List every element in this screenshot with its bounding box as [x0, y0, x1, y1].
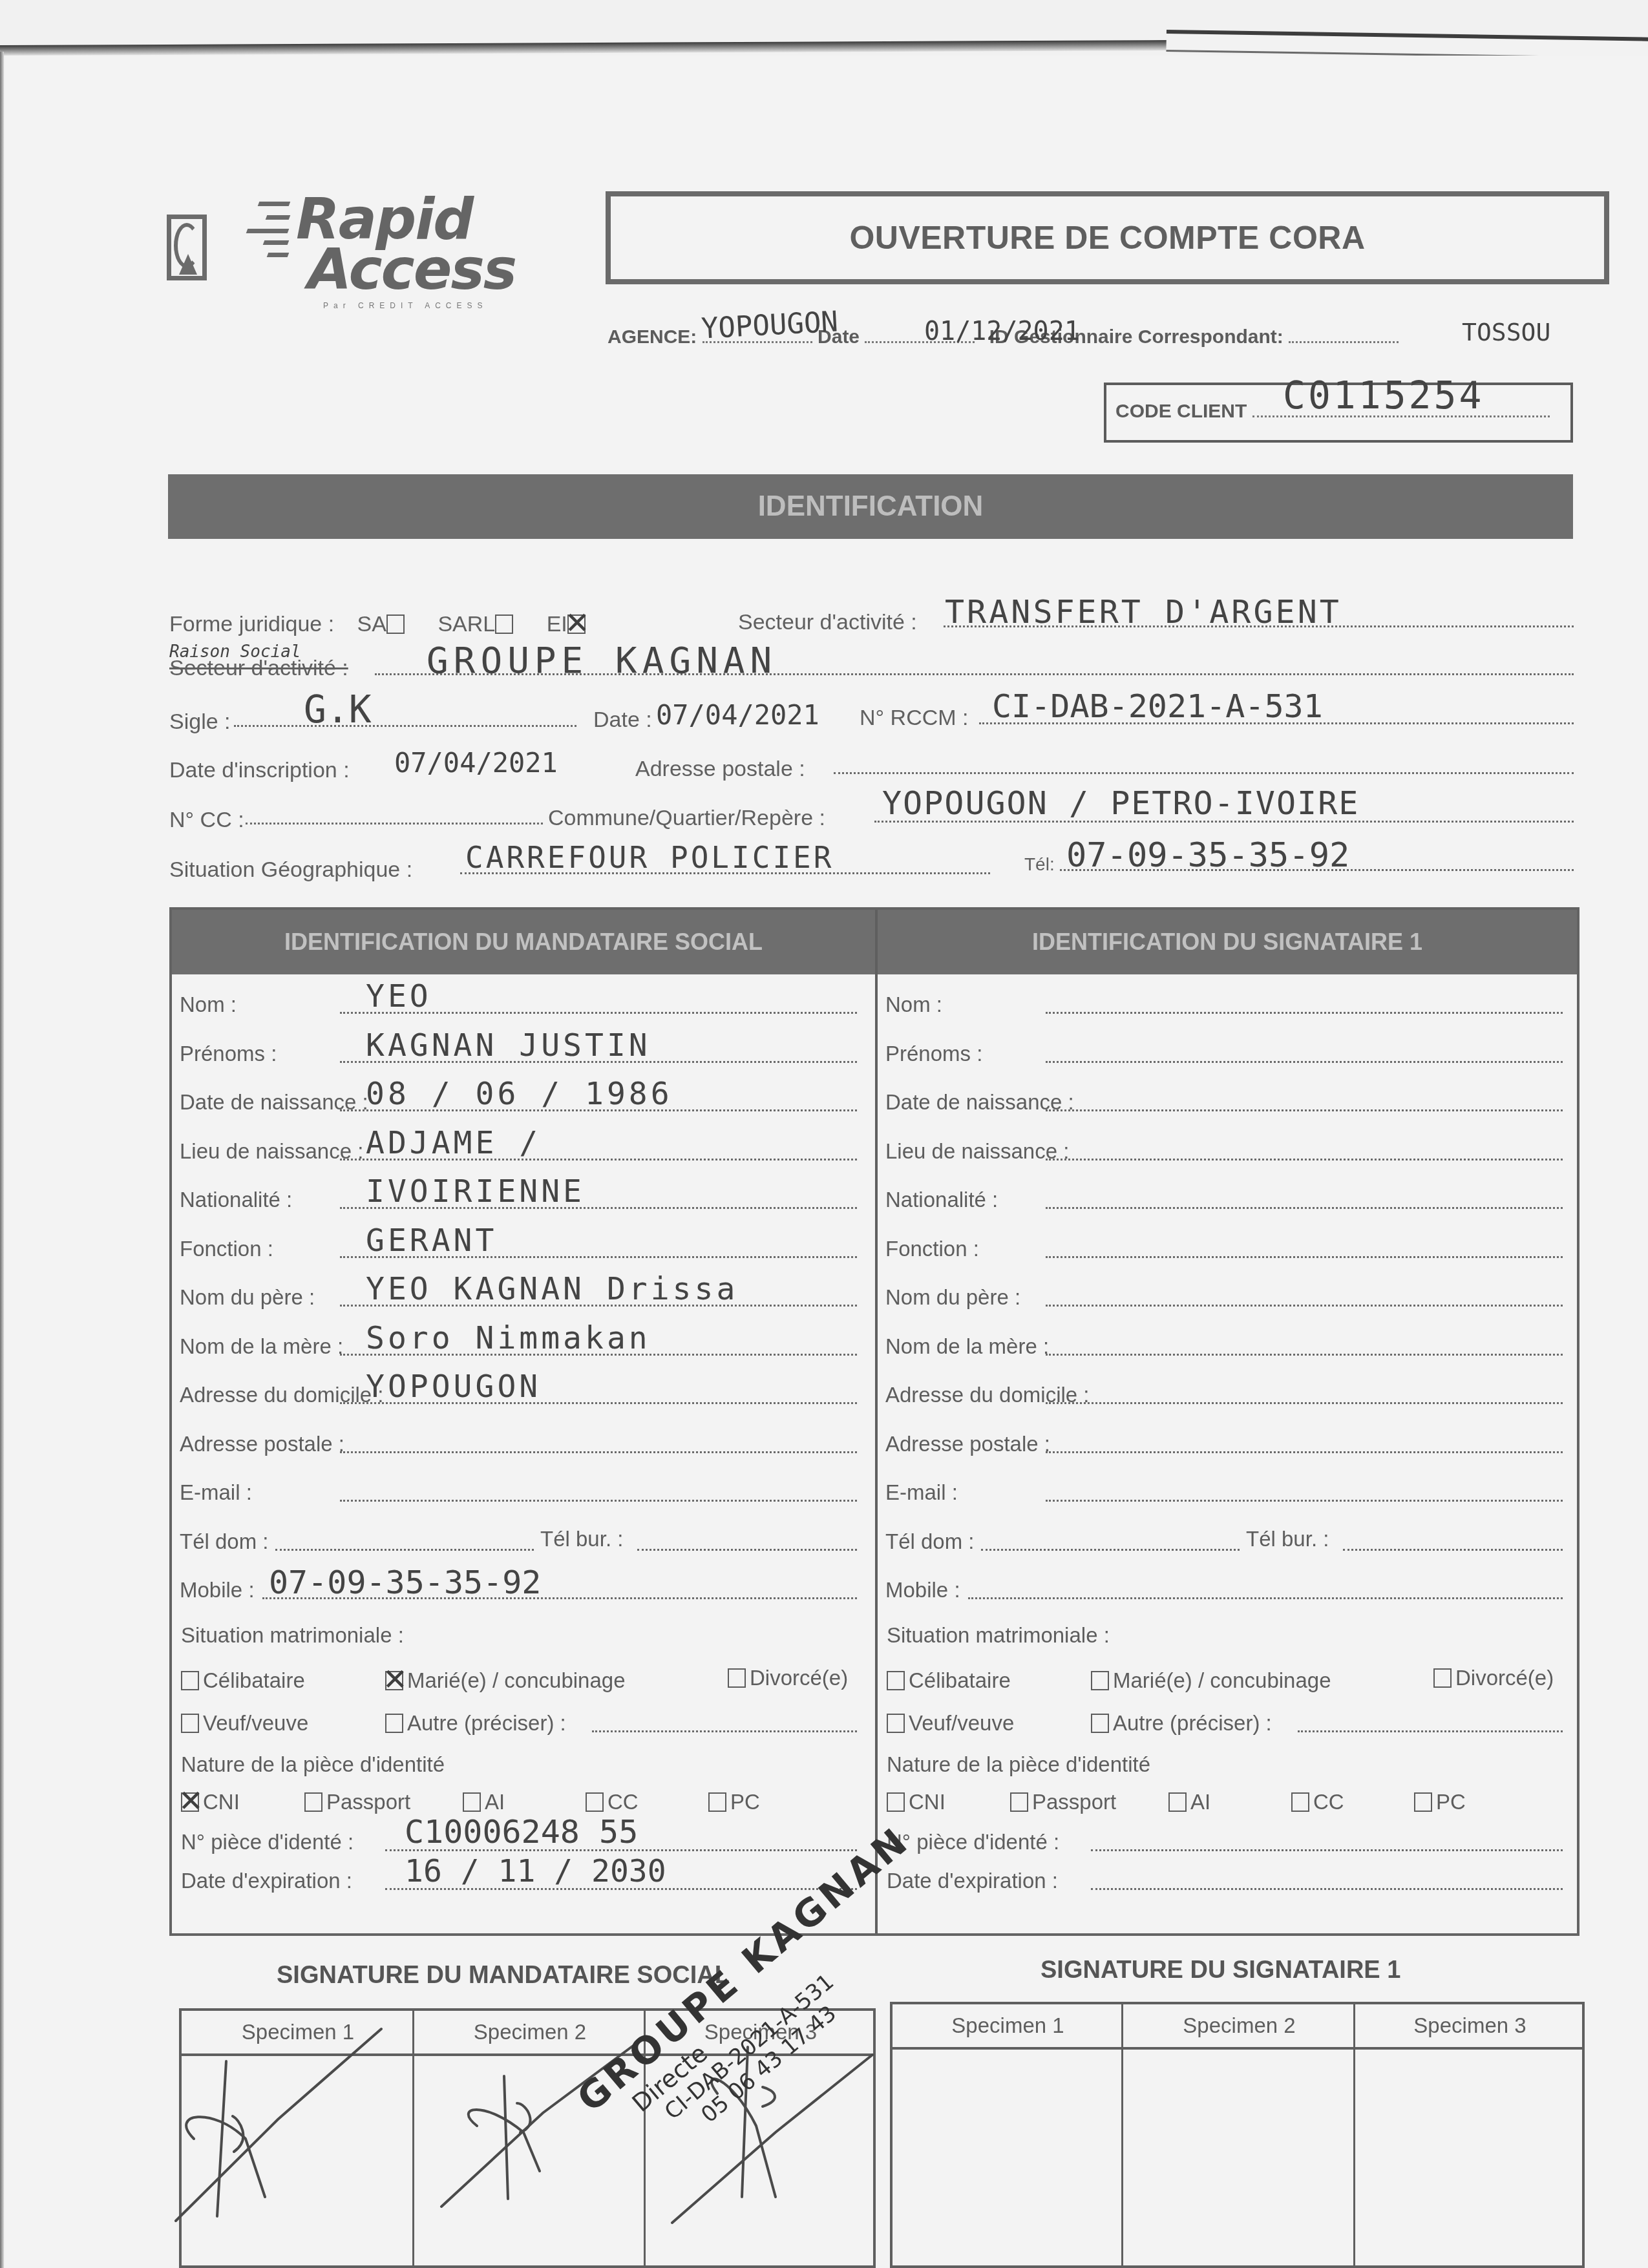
signature-icon [176, 2029, 381, 2221]
